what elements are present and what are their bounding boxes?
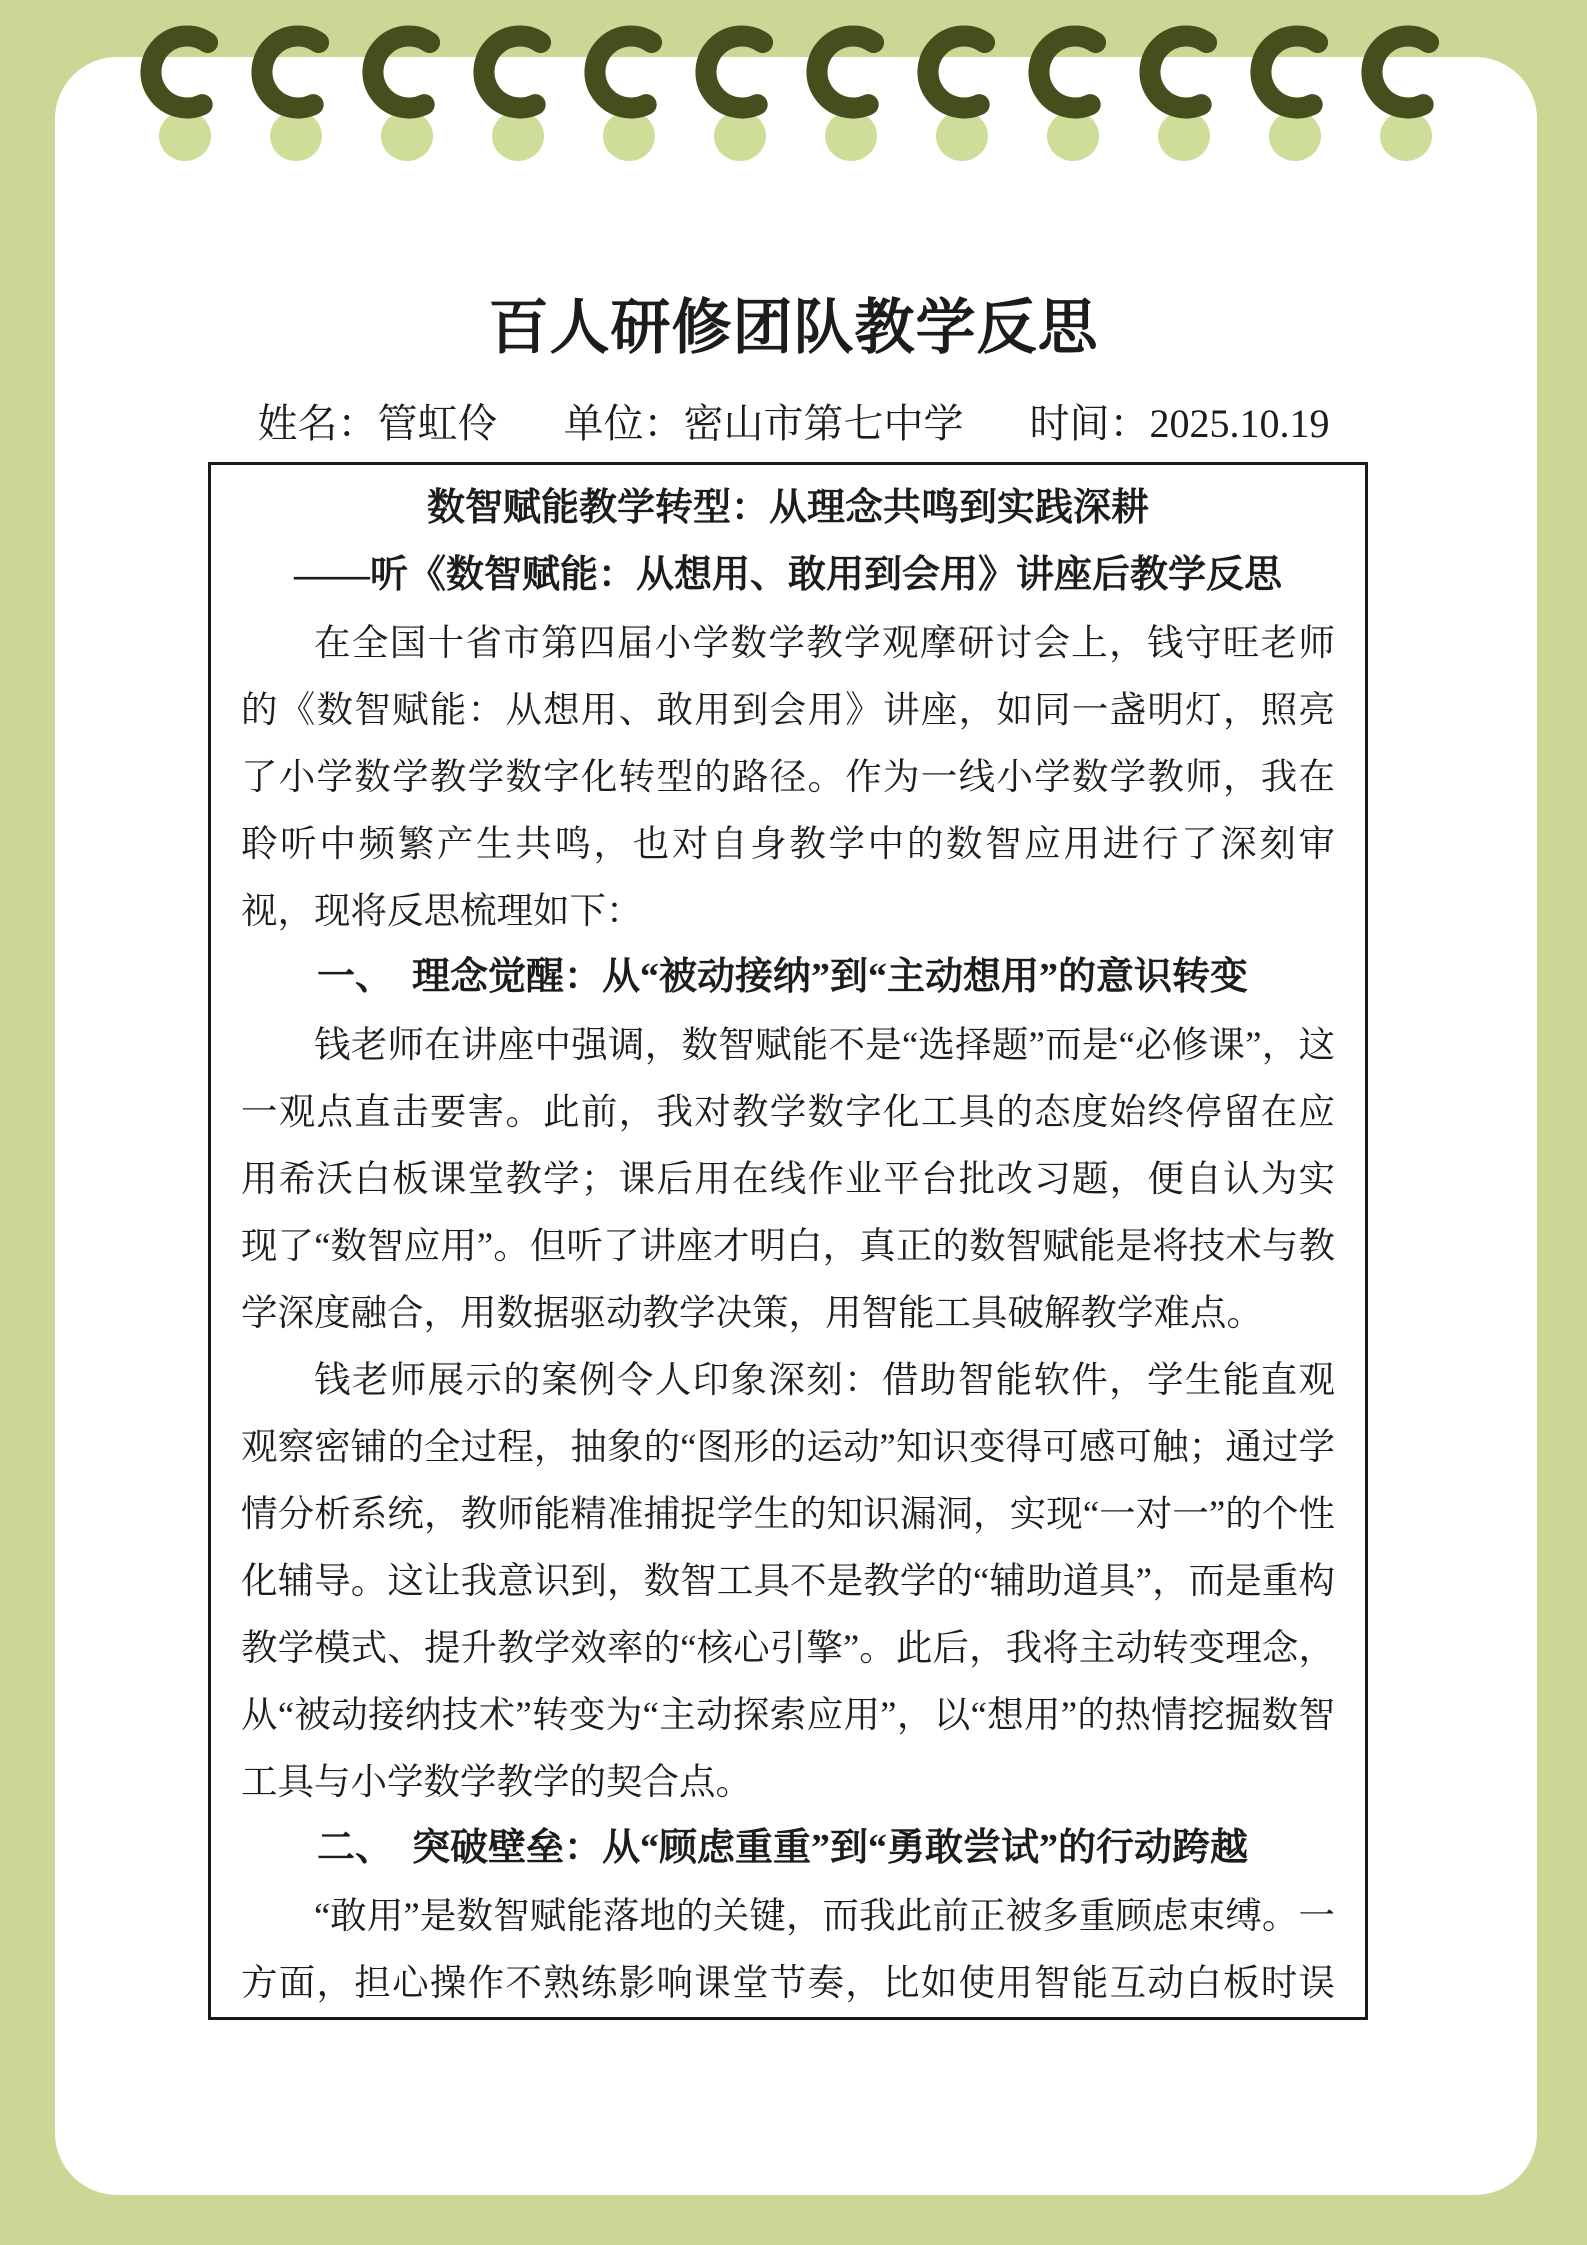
page-content: 百人研修团队教学反思 姓名：管虹伶 单位：密山市第七中学 时间：2025.10.… <box>0 0 1587 2245</box>
meta-time: 时间：2025.10.19 <box>1030 398 1330 450</box>
meta-unit-value: 密山市第七中学 <box>684 401 964 446</box>
meta-time-label: 时间： <box>1030 401 1150 446</box>
meta-time-value: 2025.10.19 <box>1150 401 1330 446</box>
meta-unit-label: 单位： <box>564 401 684 446</box>
document-title: 数智赋能教学转型：从理念共鸣到实践深耕 <box>241 475 1335 542</box>
meta-name-label: 姓名： <box>258 401 378 446</box>
meta-unit: 单位：密山市第七中学 <box>564 398 964 450</box>
section-heading: 二、 突破壁垒：从“顾虑重重”到“勇敢尝试”的行动跨越 <box>241 1815 1335 1882</box>
page-title: 百人研修团队教学反思 <box>0 283 1587 373</box>
paragraph: 钱老师在讲座中强调，数智赋能不是“选择题”而是“必修课”，这一观点直击要害。此前… <box>241 1011 1335 1346</box>
paragraph: 钱老师展示的案例令人印象深刻：借助智能软件，学生能直观观察密铺的全过程，抽象的“… <box>241 1346 1335 1815</box>
meta-line: 姓名：管虹伶 单位：密山市第七中学 时间：2025.10.19 <box>0 398 1587 450</box>
document-subtitle: ——听《数智赋能：从想用、敢用到会用》讲座后教学反思 <box>241 542 1335 609</box>
paragraph: 在全国十省市第四届小学数学教学观摩研讨会上，钱守旺老师的《数智赋能：从想用、敢用… <box>241 609 1335 944</box>
paragraph: “敢用”是数智赋能落地的关键，而我此前正被多重顾虑束缚。一方面，担心操作不熟练影… <box>241 1882 1335 2020</box>
meta-name-value: 管虹伶 <box>378 401 498 446</box>
document-body: 在全国十省市第四届小学数学教学观摩研讨会上，钱守旺老师的《数智赋能：从想用、敢用… <box>241 609 1335 2020</box>
section-heading: 一、 理念觉醒：从“被动接纳”到“主动想用”的意识转变 <box>241 944 1335 1011</box>
reflection-document-box: 数智赋能教学转型：从理念共鸣到实践深耕 ——听《数智赋能：从想用、敢用到会用》讲… <box>208 462 1368 2020</box>
notebook-background: 百人研修团队教学反思 姓名：管虹伶 单位：密山市第七中学 时间：2025.10.… <box>0 0 1587 2245</box>
meta-name: 姓名：管虹伶 <box>258 398 498 450</box>
